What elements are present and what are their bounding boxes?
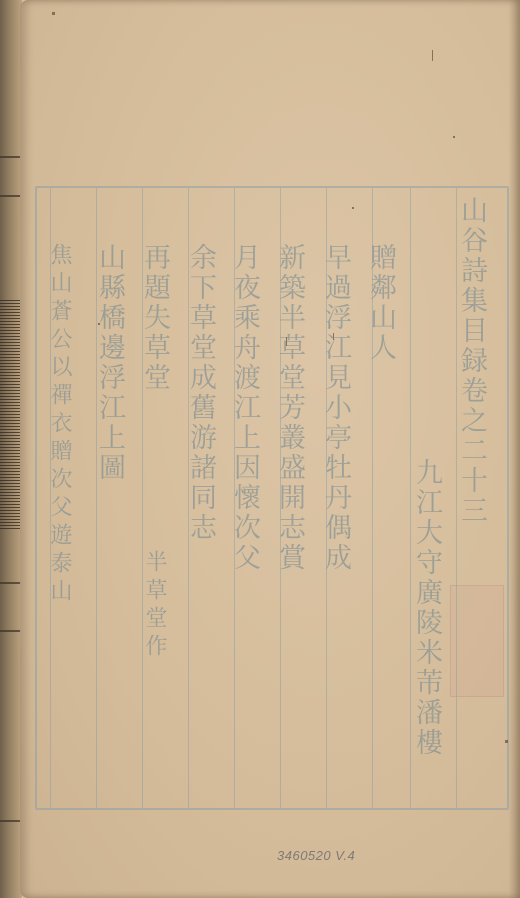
spine-stitching <box>0 300 22 530</box>
volume-title-column: 山谷詩集目録卷之二十三 <box>458 196 485 526</box>
paper-speck <box>98 323 100 325</box>
poem-title-column: 焦山蒼公以禪衣贈次父遊泰山 <box>48 243 70 607</box>
paper-speck <box>432 50 433 61</box>
scanned-book-page: 山谷詩集目録卷之二十三 九江大守廣陵米芾潘樓 贈鄰山人 早過浮江見小亭牡丹偶成 … <box>0 0 520 898</box>
poem-title-column: 山縣橋邊浮江上圖 <box>96 243 123 483</box>
poem-title-column: 新築半草堂芳叢盛開志賞 <box>276 243 303 573</box>
paper-speck <box>505 740 508 743</box>
poem-title-column: 月夜乘舟渡江上因懷次父 <box>231 243 258 573</box>
paper-speck <box>352 207 354 209</box>
poem-title-column: 早過浮江見小亭牡丹偶成 <box>322 243 349 573</box>
paper-speck <box>52 12 55 15</box>
paper-speck <box>453 136 455 138</box>
poem-title-column: 贈鄰山人 <box>367 243 394 363</box>
author-column: 九江大守廣陵米芾潘樓 <box>413 458 440 758</box>
poem-title-column: 再題失草堂 <box>141 243 168 393</box>
paper-speck <box>286 337 287 346</box>
catalog-number: 3460520 V.4 <box>277 848 355 863</box>
poem-note: 半草堂作 <box>143 550 165 662</box>
book-spine <box>0 0 22 898</box>
page-edge-shadow <box>508 0 520 898</box>
poem-title-column: 余下草堂成舊游諸同志 <box>187 243 214 543</box>
paper-speck <box>333 333 334 340</box>
